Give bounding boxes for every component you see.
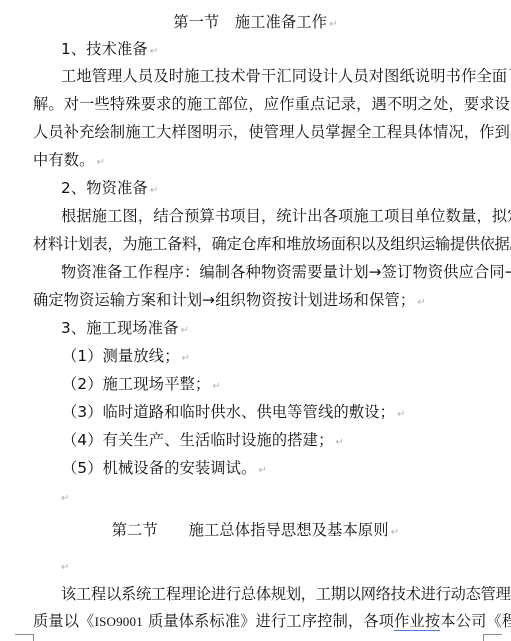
paragraph-mark-icon: ↵ xyxy=(61,493,70,504)
material-para2-line-2: 确定物资运输方案和计划→组织物资按计划进场和保管；↵ xyxy=(33,290,426,313)
heading-tech-prep: 1、技术准备↵ xyxy=(61,39,158,62)
text: 质量体系标准》进行工序控制，各项 xyxy=(143,612,394,630)
section-2-title: 第二节 施工总体指导思想及基本原则↵ xyxy=(0,520,511,543)
site-item-3: （3）临时道路和临时供水、供电等管线的敷设；↵ xyxy=(62,402,406,425)
empty-paragraph: ↵ xyxy=(61,555,70,578)
text: （1）测量放线； xyxy=(62,347,180,365)
page-margin-corner-left xyxy=(15,634,34,641)
heading-text: 3、施工现场准备 xyxy=(61,319,179,337)
section-2-title-text: 第二节 施工总体指导思想及基本原则 xyxy=(112,521,389,539)
material-para1-line-1: 根据施工图，结合预算书项目，统计出各项施工项目单位数量，拟定 xyxy=(61,206,511,226)
text: （3）临时道路和临时供水、供电等管线的敷设； xyxy=(62,403,395,421)
paragraph-mark-icon: ↵ xyxy=(329,19,338,30)
paragraph-mark-icon: ↵ xyxy=(97,157,106,168)
paragraph-mark-icon: ↵ xyxy=(150,46,159,57)
material-para2-line-1: 物资准备工作程序：编制各种物资需要量计划→签订物资供应合同→ xyxy=(61,262,511,282)
tech-para-line-2: 解。对一些特殊要求的施工部位，应作重点记录，遇不明之处，要求设计 xyxy=(33,94,511,114)
paragraph-mark-icon: ↵ xyxy=(150,185,159,196)
heading-site-prep: 3、施工现场准备↵ xyxy=(61,318,189,341)
paragraph-mark-icon: ↵ xyxy=(259,465,268,476)
section-1-title-text: 第一节 施工准备工作 xyxy=(173,13,327,31)
paragraph-mark-icon: ↵ xyxy=(182,353,191,364)
site-item-2: （2）施工现场平整；↵ xyxy=(62,374,221,397)
paragraph-mark-icon: ↵ xyxy=(181,325,190,336)
section-2-para-line-1: 该工程以系统工程理论进行总体规划，工期以网络技术进行动态管理， xyxy=(61,584,511,604)
paragraph-mark-icon: ↵ xyxy=(212,381,221,392)
empty-paragraph: ↵ xyxy=(61,486,70,509)
text: 材料计划表，为施工备料，确定仓库和堆放场面积以及组织运输提供依据。 xyxy=(33,235,511,253)
text: 本公司《程 xyxy=(440,612,511,630)
paragraph-mark-icon: ↵ xyxy=(417,297,426,308)
section-2-para-line-2: 质量以《ISO9001 质量体系标准》进行工序控制，各项作业按本公司《程 xyxy=(33,611,511,632)
text: （4）有关生产、生活临时设施的搭建； xyxy=(62,431,333,449)
text: 质量以《 xyxy=(33,612,95,630)
paragraph-mark-icon: ↵ xyxy=(397,409,406,420)
tech-para-line-1: 工地管理人员及时施工技术骨干汇同设计人员对图纸说明书作全面了 xyxy=(61,66,511,86)
document-page[interactable]: 第一节 施工准备工作↵ 1、技术准备↵ 工地管理人员及时施工技术骨干汇同设计人员… xyxy=(0,0,511,641)
material-para1-line-2: 材料计划表，为施工备料，确定仓库和堆放场面积以及组织运输提供依据。↵ xyxy=(33,234,511,257)
text: （5）机械设备的安装调试。 xyxy=(62,459,257,477)
text: （2）施工现场平整； xyxy=(62,375,210,393)
paragraph-mark-icon: ↵ xyxy=(391,527,400,538)
text: 中有数。 xyxy=(33,151,95,169)
text: 确定物资运输方案和计划→组织物资按计划进场和保管； xyxy=(33,291,415,309)
tech-para-line-4: 中有数。↵ xyxy=(33,150,105,173)
iso-text: ISO9001 xyxy=(95,614,143,629)
grammar-flagged-text[interactable]: 作业按 xyxy=(394,612,440,631)
site-item-4: （4）有关生产、生活临时设施的搭建；↵ xyxy=(62,430,344,453)
paragraph-mark-icon: ↵ xyxy=(61,562,70,573)
heading-material-prep: 2、物资准备↵ xyxy=(61,178,158,201)
heading-text: 1、技术准备 xyxy=(61,40,148,58)
tech-para-line-3: 人员补充绘制施工大样图明示，使管理人员掌握全工程具体情况，作到心 xyxy=(33,122,511,142)
paragraph-mark-icon: ↵ xyxy=(335,437,344,448)
section-1-title: 第一节 施工准备工作↵ xyxy=(0,12,511,35)
heading-text: 2、物资准备 xyxy=(61,179,148,197)
site-item-5: （5）机械设备的安装调试。↵ xyxy=(62,458,267,481)
site-item-1: （1）测量放线；↵ xyxy=(62,346,190,369)
page-margin-corner-right xyxy=(483,634,502,641)
